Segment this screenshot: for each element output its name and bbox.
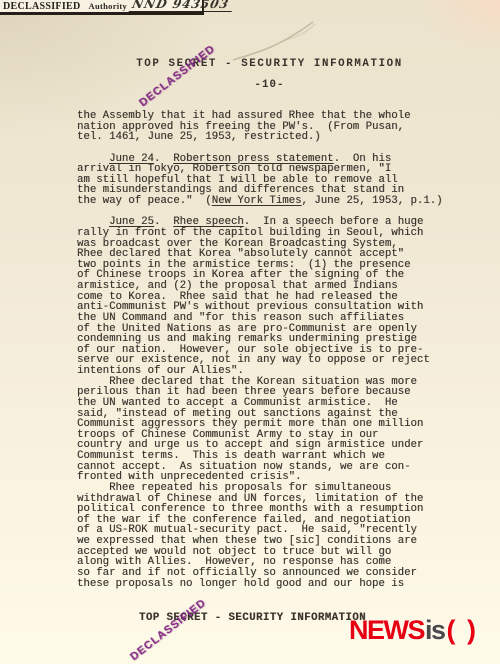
text-line: tel. 1461, June 25, 1953, restricted.) [77, 132, 457, 143]
authority-handwritten-value: NND 943503 [129, 0, 235, 12]
scanned-document-page: DECLASSIFIEDAuthority NND 943503 TOP SEC… [0, 0, 500, 664]
document-body: the Assembly that it had assured Rhee th… [77, 111, 457, 589]
text-line: the way of peace." (New York Times, June… [77, 196, 457, 207]
newsis-watermark-parens: ( ) [447, 615, 478, 645]
document-header: TOP SECRET - SECURITY INFORMATION -10- [102, 58, 437, 91]
newsis-watermark: NEWSis( ) [349, 615, 478, 646]
declassification-form-text: DECLASSIFIEDAuthority NND 943503 [3, 0, 233, 13]
classification-header: TOP SECRET - SECURITY INFORMATION [102, 58, 437, 70]
text-line: these proposals no longer hold good and … [77, 579, 457, 590]
newsis-watermark-is: is [425, 615, 445, 645]
newsis-watermark-news: NEWS [349, 615, 424, 645]
declassified-label: DECLASSIFIED [3, 1, 81, 12]
authority-label: Authority [89, 1, 128, 11]
declassified-stamp-bottom: DECLASSIFIED [128, 597, 208, 664]
declassification-authority-box: DECLASSIFIEDAuthority NND 943503 [0, 0, 204, 15]
